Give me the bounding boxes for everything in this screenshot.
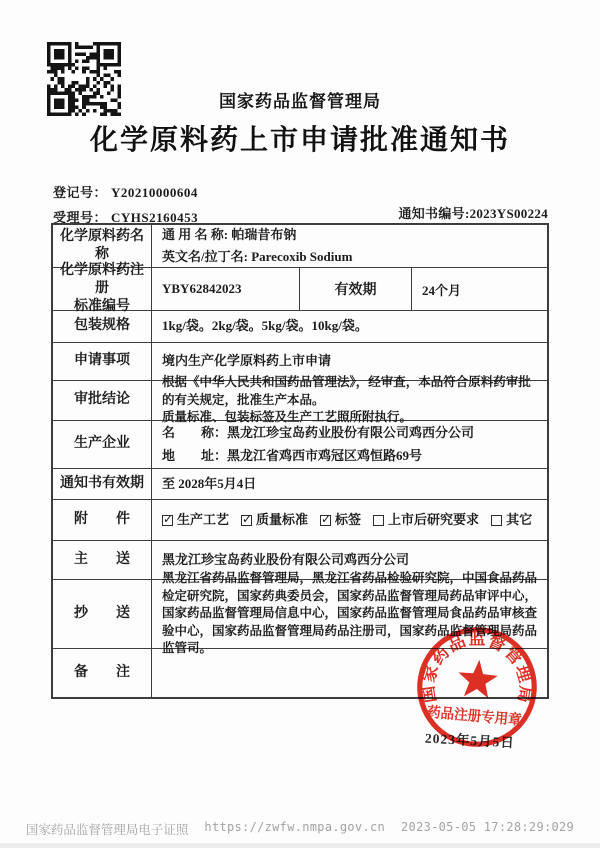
attachment-label-attach: ✓ 标签 (320, 511, 361, 530)
attachment-quality-standard: ✓ 质量标准 (241, 511, 308, 530)
approval-conclusion-label: 审批结论 (53, 381, 152, 420)
attachment-label: 生产工艺 (177, 511, 229, 530)
notice-number-line: 通知书编号:2023YS00224 (398, 203, 548, 222)
manufacturer-name-line: 名 称：黑龙江珍宝岛药业股份有限公司鸡西分公司 (162, 422, 537, 444)
seal-subtitle: 药品注册专用章 (426, 703, 522, 729)
seal-star-icon (456, 658, 499, 699)
manufacturer-content: 名 称：黑龙江珍宝岛药业股份有限公司鸡西分公司 地 址：黑龙江省鸡西市鸡冠区鸡恒… (152, 421, 547, 468)
row-attachments: 附 件 ✓ 生产工艺 ✓ 质量标准 ✓ 标签 ✓ 上市后研究要求 (53, 500, 547, 541)
registration-number-label: 登记号： (53, 185, 107, 200)
attachments-label: 附 件 (53, 500, 152, 540)
checkbox-icon: ✓ (162, 515, 173, 526)
row-manufacturer: 生产企业 名 称：黑龙江珍宝岛药业股份有限公司鸡西分公司 地 址：黑龙江省鸡西市… (53, 421, 547, 469)
validity-period-label: 有效期 (300, 268, 412, 310)
issuing-authority: 国家药品监督管理局 (0, 87, 600, 112)
checkbox-icon: ✓ (320, 515, 331, 526)
manufacturer-label: 生产企业 (53, 421, 152, 468)
attachment-production-process: ✓ 生产工艺 (162, 511, 229, 530)
notice-number-value: 2023YS00224 (470, 206, 548, 221)
standard-number-label-line1: 化学原料药注册 (55, 262, 149, 298)
checkbox-icon: ✓ (491, 515, 502, 526)
footer: 国家药品监督管理局电子证照 https://zwfw.nmpa.gov.cn 2… (0, 820, 600, 838)
manufacturer-addr-label: 地 址： (162, 448, 227, 463)
checkbox-icon: ✓ (241, 515, 252, 526)
attachment-label: 上市后研究要求 (388, 511, 479, 530)
checkbox-icon: ✓ (373, 515, 384, 526)
approval-conclusion-content: 根据《中华人民共和国药品管理法》，经审查，本品符合原料药审批的有关规定，批准生产… (152, 381, 547, 420)
manufacturer-name-label: 名 称： (162, 425, 227, 440)
manufacturer-addr-line: 地 址：黑龙江省鸡西市鸡冠区鸡恒路69号 (162, 445, 537, 467)
package-spec-value: 1kg/袋。2kg/袋。5kg/袋。10kg/袋。 (152, 311, 547, 342)
drug-name-label: 化学原料药名称 (53, 225, 152, 267)
registration-number-line: 登记号：Y20210000604 (53, 182, 198, 201)
attachment-label: 其它 (506, 511, 532, 530)
standard-number-value: YBY62842023 (152, 268, 300, 310)
notice-validity-value: 至 2028年5月4日 (152, 469, 547, 499)
validity-period-value: 24个月 (412, 268, 547, 310)
generic-name-label: 通 用 名 称: (162, 227, 228, 242)
application-item-label: 申请事项 (53, 343, 152, 380)
manufacturer-name-value: 黑龙江珍宝岛药业股份有限公司鸡西分公司 (227, 425, 474, 440)
package-spec-label: 包装规格 (53, 311, 152, 342)
row-standard-number: 化学原料药注册 标准编号 YBY62842023 有效期 24个月 (53, 268, 547, 311)
checkmark-icon: ✓ (321, 511, 331, 528)
english-name-line: 英文名/拉丁名: Parecoxib Sodium (162, 246, 537, 268)
notice-validity-label: 通知书有效期 (53, 469, 152, 499)
footer-url: https://zwfw.nmpa.gov.cn (204, 820, 385, 838)
standard-number-label: 化学原料药注册 标准编号 (53, 268, 152, 310)
attachment-label: 质量标准 (256, 511, 308, 530)
notice-number-label: 通知书编号: (398, 206, 469, 221)
footer-timestamp: 2023-05-05 17:28:29:029 (401, 820, 574, 838)
remarks-label: 备 注 (53, 649, 152, 697)
manufacturer-addr-value: 黑龙江省鸡西市鸡冠区鸡恒路69号 (227, 448, 422, 463)
cc-label: 抄 送 (53, 580, 152, 648)
english-name-value: Parecoxib Sodium (251, 249, 352, 264)
seal-svg: 国家药品监督管理局 药品注册专用章 (407, 617, 548, 758)
document-title: 化学原料药上市申请批准通知书 (0, 118, 600, 158)
generic-name-line: 通 用 名 称: 帕瑞昔布钠 (162, 224, 537, 246)
footer-cert-label: 国家药品监督管理局电子证照 (26, 820, 189, 838)
drug-name-content: 通 用 名 称: 帕瑞昔布钠 英文名/拉丁名: Parecoxib Sodium (152, 225, 547, 267)
attachment-other: ✓ 其它 (491, 511, 532, 530)
checkmark-icon: ✓ (242, 511, 252, 528)
generic-name-value: 帕瑞昔布钠 (231, 227, 296, 242)
row-package-spec: 包装规格 1kg/袋。2kg/袋。5kg/袋。10kg/袋。 (53, 311, 547, 343)
checkmark-icon: ✓ (163, 511, 173, 528)
english-name-label: 英文名/拉丁名: (162, 249, 248, 264)
official-seal: 国家药品监督管理局 药品注册专用章 (407, 617, 548, 758)
page-bottom-edge (0, 843, 600, 848)
attachment-label: 标签 (335, 511, 361, 530)
main-send-label: 主 送 (53, 541, 152, 579)
attachment-post-market-research: ✓ 上市后研究要求 (373, 511, 479, 530)
attachments-content: ✓ 生产工艺 ✓ 质量标准 ✓ 标签 ✓ 上市后研究要求 ✓ 其它 (152, 500, 549, 540)
conclusion-line1: 根据《中华人民共和国药品管理法》，经审查，本品符合原料药审批的有关规定，批准生产… (162, 374, 537, 409)
registration-number-value: Y20210000604 (111, 185, 198, 200)
row-approval-conclusion: 审批结论 根据《中华人民共和国药品管理法》，经审查，本品符合原料药审批的有关规定… (53, 381, 547, 421)
row-notice-validity: 通知书有效期 至 2028年5月4日 (53, 469, 547, 500)
document-page: 国家药品监督管理局 化学原料药上市申请批准通知书 登记号：Y2021000060… (0, 0, 600, 848)
